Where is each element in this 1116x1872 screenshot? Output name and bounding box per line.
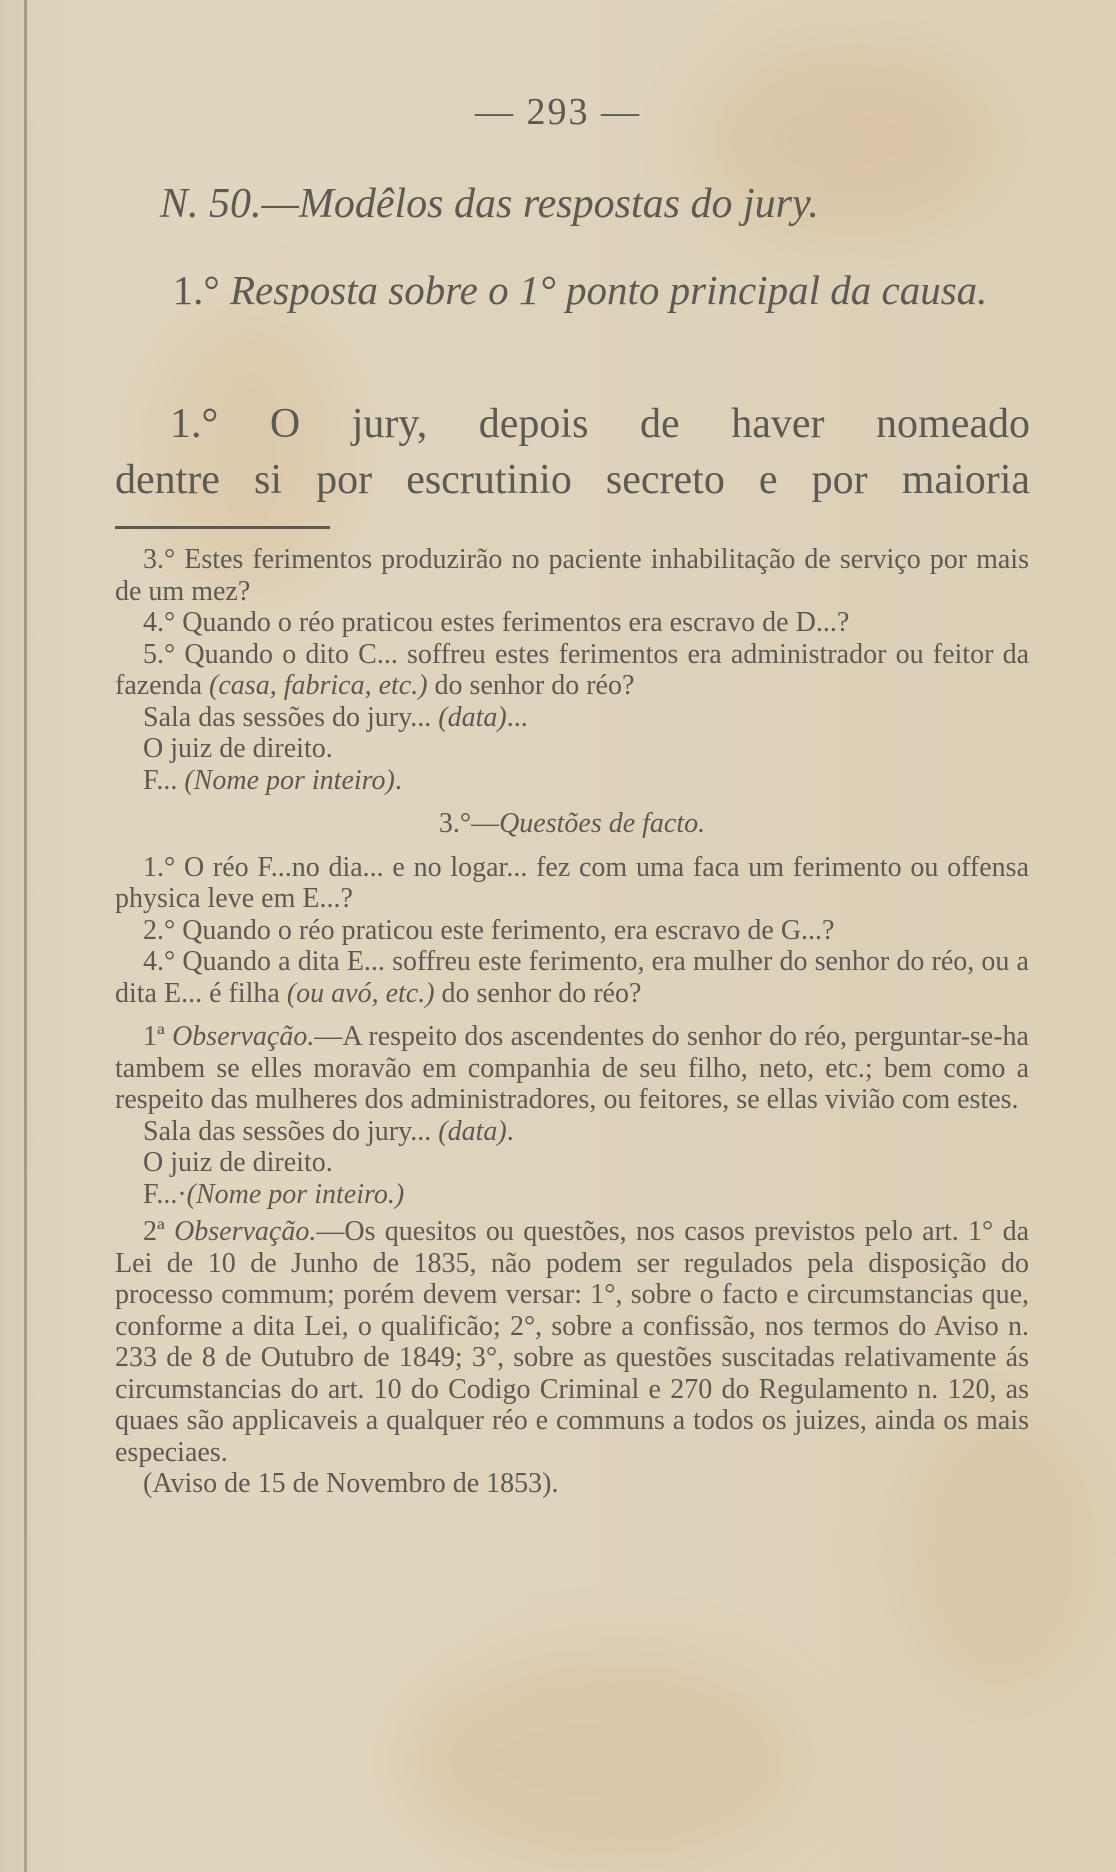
observation-2-text: —Os quesitos ou questões, nos casos prev…	[115, 1216, 1029, 1468]
observation-2-label: Observação.	[174, 1216, 316, 1247]
fact-question-4-italic: (ou avó, etc.)	[287, 978, 435, 1009]
main-text: 1.° O jury, depois de haver nomeado dent…	[115, 396, 1030, 508]
facts-section-number: 3.°—	[439, 808, 499, 839]
book-page: — 293 — N. 50.—Modêlos das respostas do …	[0, 0, 1116, 1872]
fact-question-4: 4.° Quando a dita E... soffreu este feri…	[115, 946, 1029, 1009]
sala-line-1: Sala das sessões do jury... (data)...	[115, 702, 1029, 734]
aviso-citation: (Aviso de 15 de Novembro de 1853).	[115, 1468, 1029, 1500]
footnote-rule	[115, 526, 330, 529]
juiz-line-1: O juiz de direito.	[115, 733, 1029, 765]
subheading-prefix: 1.°	[173, 267, 230, 313]
question-4: 4.° Quando o réo praticou estes feriment…	[115, 607, 1029, 639]
question-3: 3.° Estes ferimentos produzirão no pacie…	[115, 544, 1029, 607]
sala-text: Sala das sessões do jury...	[143, 702, 438, 733]
fact-question-4-end: do senhor do réo?	[435, 978, 642, 1009]
observation-1: 1ª Observação.—A respeito dos ascendente…	[115, 1021, 1029, 1116]
sala-end: .	[507, 1116, 514, 1147]
observation-2-number: 2ª	[143, 1216, 174, 1247]
signature-name: (Nome por inteiro.)	[187, 1179, 405, 1210]
question-5: 5.° Quando o dito C... soffreu estes fer…	[115, 639, 1029, 702]
main-text-line-1: 1.° O jury, depois de haver nomeado	[115, 396, 1030, 452]
signature-end: .	[395, 765, 402, 796]
signature-f: F...·	[143, 1179, 187, 1210]
page-number: — 293 —	[0, 90, 1116, 134]
subheading: 1.° Resposta sobre o 1° ponto principal …	[120, 262, 1040, 318]
signature-name: (Nome por inteiro)	[184, 765, 395, 796]
facts-section-heading: 3.°—Questões de facto.	[115, 808, 1029, 840]
observation-2: 2ª Observação.—Os quesitos ou questões, …	[115, 1216, 1029, 1468]
footnotes: 3.° Estes ferimentos produzirão no pacie…	[115, 544, 1029, 1500]
section-heading: N. 50.—Modêlos das respostas do jury.	[160, 180, 1040, 228]
observation-1-label: Observação.	[172, 1021, 314, 1052]
sala-line-2: Sala das sessões do jury... (data).	[115, 1116, 1029, 1148]
sala-text: Sala das sessões do jury...	[143, 1116, 438, 1147]
signature-line-1: F... (Nome por inteiro).	[115, 765, 1029, 797]
subheading-text: Resposta sobre o 1° ponto principal da c…	[230, 267, 987, 313]
question-5-end: do senhor do réo?	[428, 670, 635, 701]
fact-question-1: 1.° O réo F...no dia... e no logar... fe…	[115, 852, 1029, 915]
sala-end: ...	[507, 702, 528, 733]
main-text-line-2: dentre si por escrutinio secreto e por m…	[115, 452, 1030, 508]
sala-date: (data)	[438, 702, 506, 733]
observation-1-number: 1ª	[143, 1021, 172, 1052]
signature-line-2: F...·(Nome por inteiro.)	[115, 1179, 1029, 1211]
sala-date: (data)	[438, 1116, 506, 1147]
fact-question-2: 2.° Quando o réo praticou este ferimento…	[115, 915, 1029, 947]
facts-section-title: Questões de facto.	[499, 808, 705, 839]
question-5-italic: (casa, fabrica, etc.)	[209, 670, 428, 701]
juiz-line-2: O juiz de direito.	[115, 1147, 1029, 1179]
signature-f: F...	[143, 765, 184, 796]
